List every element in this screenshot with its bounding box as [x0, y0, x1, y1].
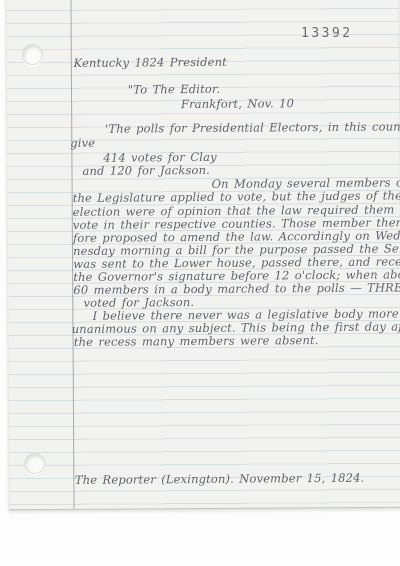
- punch-hole-bottom: [24, 453, 45, 474]
- catalog-stamp-number: 13392: [301, 26, 353, 41]
- margin-line: [70, 0, 74, 509]
- scanned-document-page: 13392 Kentucky 1824 President"To The Edi…: [0, 0, 400, 566]
- punch-hole-top: [22, 44, 43, 65]
- notebook-paper: [5, 0, 400, 510]
